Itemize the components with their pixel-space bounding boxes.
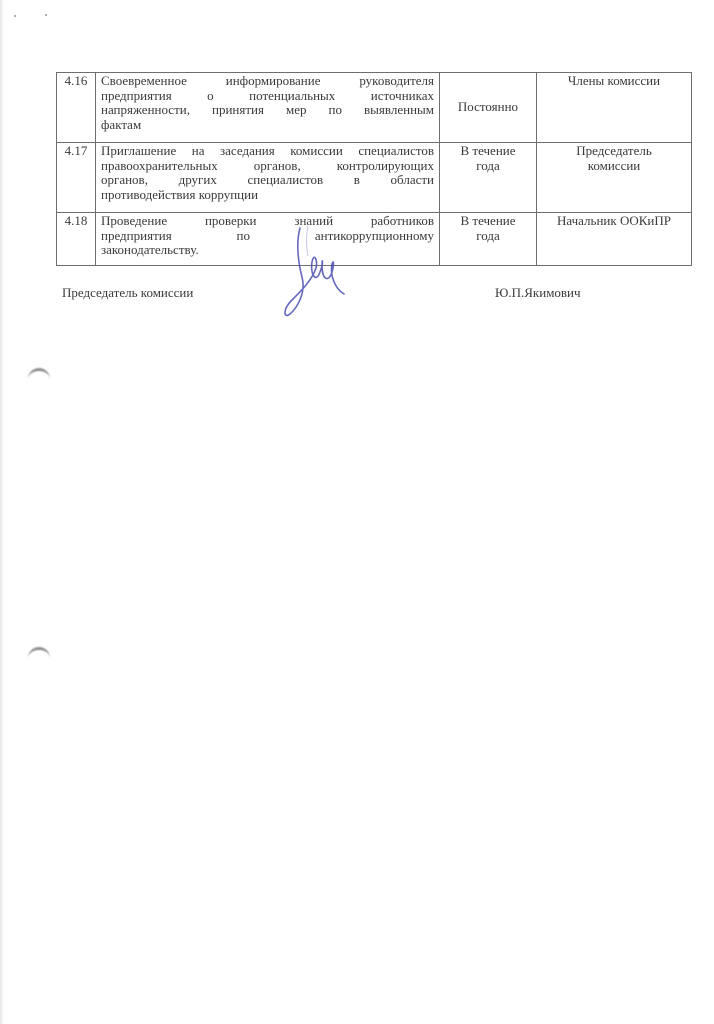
signatory-name: Ю.П.Якимович [495, 285, 581, 301]
table-row: 4.16 Своевременное информирование руково… [57, 73, 692, 143]
responsible: Председатель комиссии [537, 143, 692, 213]
table-row: 4.17 Приглашение на заседания комиссии с… [57, 143, 692, 213]
term: В течение года [440, 143, 537, 213]
row-number: 4.17 [57, 143, 96, 213]
table-row: 4.18 Проведение проверки знаний работник… [57, 213, 692, 266]
scan-speck [45, 14, 47, 16]
row-number: 4.18 [57, 213, 96, 266]
term: Постоянно [440, 73, 537, 143]
handwritten-signature [278, 222, 368, 322]
action-description: Приглашение на заседания комиссии специа… [96, 143, 440, 213]
scan-page-edge [0, 0, 4, 1024]
responsible: Начальник ООКиПР [537, 213, 692, 266]
term: В течение года [440, 213, 537, 266]
action-plan-table: 4.16 Своевременное информирование руково… [56, 72, 692, 266]
action-description: Своевременное информирование руководител… [96, 73, 440, 143]
scan-speck [14, 15, 16, 17]
action-description: Проведение проверки знаний работников пр… [96, 213, 440, 266]
punch-hole-mark [28, 647, 50, 664]
signatory-position: Председатель комиссии [62, 285, 193, 301]
responsible: Члены комиссии [537, 73, 692, 143]
punch-hole-mark [28, 368, 50, 385]
row-number: 4.16 [57, 73, 96, 143]
